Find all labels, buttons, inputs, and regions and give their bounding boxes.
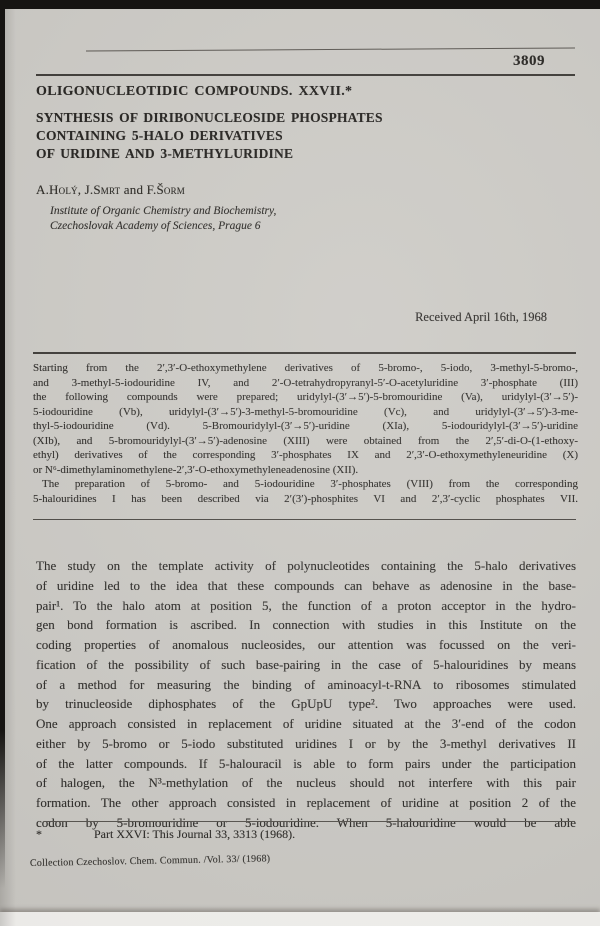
article-title-line: OF URIDINE AND 3-METHYLURIDINE [36, 145, 383, 163]
journal-footer: Collection Czechoslov. Chem. Commun. /Vo… [30, 853, 270, 869]
article-title-line: CONTAINING 5-HALO DERIVATIVES [36, 127, 383, 145]
abstract-line: 5-iodouridine (Vb), uridylyl-(3′→5′)-3-m… [33, 405, 578, 420]
scan-edge-bottom [0, 912, 600, 926]
abstract-line: 5-halouridines I has been described via … [33, 492, 578, 507]
affiliation-line: Institute of Organic Chemistry and Bioch… [50, 204, 276, 219]
body-line: of the latter compounds. If 5-halouracil… [36, 754, 576, 774]
body-line: either by 5-bromo or 5-iodo substituted … [36, 734, 576, 754]
scan-edge-top [0, 0, 600, 9]
body-line: coding properties of anomalous nucleosid… [36, 635, 576, 655]
body-line: fication of the possibility of such base… [36, 655, 576, 675]
body-line: pair¹. To the halo atom at position 5, t… [36, 596, 576, 616]
page-number: 3809 [513, 53, 545, 70]
footnote-marker: * [36, 827, 94, 842]
scan-edge-left [0, 9, 5, 889]
abstract-line: thyl-5-iodouridine (Vd). 5-Bromouridylyl… [33, 419, 578, 434]
abstract-line: and 3-methyl-5-iodouridine IV, and 2′-O-… [33, 376, 578, 391]
header-rule-top [86, 48, 575, 52]
body-line: formation. The other approach consisted … [36, 793, 576, 813]
body-text: The study on the template activity of po… [36, 556, 576, 833]
abstract-line: or N⁶-dimethylaminomethylene-2′,3′-O-eth… [33, 463, 578, 478]
author-name: A.Holý [36, 182, 78, 197]
article-title: SYNTHESIS OF DIRIBONUCLEOSIDE PHOSPHATES… [36, 109, 383, 163]
footnote-rule [44, 821, 575, 822]
abstract-line: ethyl) derivatives of the corresponding … [33, 448, 578, 463]
received-date: Received April 16th, 1968 [415, 310, 547, 325]
article-title-line: SYNTHESIS OF DIRIBONUCLEOSIDE PHOSPHATES [36, 109, 383, 127]
footnote-text: Part XXVI: This Journal 33, 3313 (1968). [94, 827, 295, 841]
authors-line: A.Holý, J.Smrt and F.Šorm [36, 182, 185, 198]
author-separator: , [78, 182, 85, 197]
body-line: gen bond formation is ascribed. In conne… [36, 615, 576, 635]
abstract-line: The preparation of 5-bromo- and 5-iodour… [33, 477, 578, 492]
body-line: One approach consisted in replacement of… [36, 714, 576, 734]
author-name: J.Smrt [85, 182, 121, 197]
author-name: F.Šorm [147, 182, 185, 197]
abstract-rule-top [33, 352, 576, 354]
footnote: *Part XXVI: This Journal 33, 3313 (1968)… [36, 827, 295, 842]
abstract-line: (XIb), and 5-bromouridylyl-(3′→5′)-adeno… [33, 434, 578, 449]
author-separator: and [120, 182, 146, 197]
body-line: of uridine led to the idea that these co… [36, 576, 576, 596]
series-title: OLIGONUCLEOTIDIC COMPOUNDS. XXVII.* [36, 84, 352, 100]
abstract: Starting from the 2′,3′-O-ethoxymethylen… [33, 361, 578, 506]
body-line: The study on the template activity of po… [36, 556, 576, 576]
scanned-page: 3809 OLIGONUCLEOTIDIC COMPOUNDS. XXVII.*… [0, 0, 600, 926]
abstract-rule-bottom [33, 519, 576, 520]
body-line: by trinucleoside diphosphates of the GpU… [36, 694, 576, 714]
affiliation: Institute of Organic Chemistry and Bioch… [50, 204, 276, 233]
header-rule-bottom [36, 74, 575, 76]
abstract-line: the following compounds were prepared; u… [33, 390, 578, 405]
abstract-line: Starting from the 2′,3′-O-ethoxymethylen… [33, 361, 578, 376]
body-line: of a method for measuring the binding of… [36, 675, 576, 695]
body-line: of halogen, the N³-methylation of the nu… [36, 773, 576, 793]
affiliation-line: Czechoslovak Academy of Sciences, Prague… [50, 219, 276, 234]
